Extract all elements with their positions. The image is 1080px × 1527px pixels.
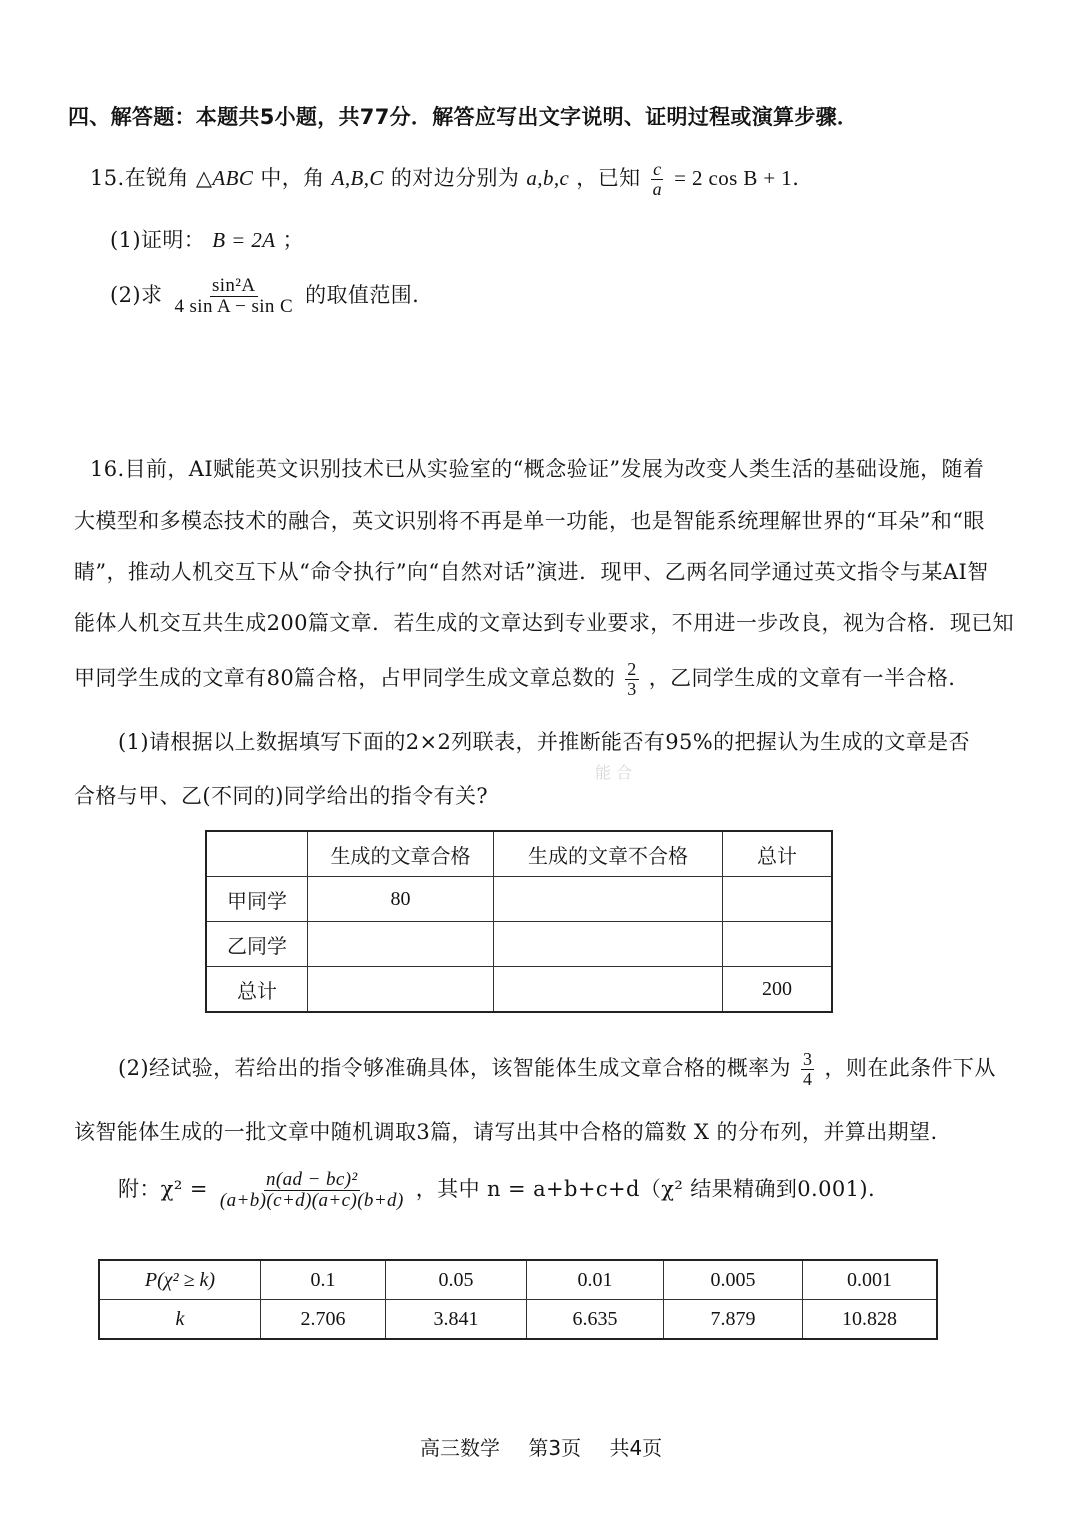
table-cell: 7.879 (664, 1300, 803, 1340)
three-quarters-fraction: 3 4 (801, 1050, 814, 1089)
row-label: P(χ² ≥ k) (99, 1260, 261, 1300)
q16-part1-line1: (1)请根据以上数据填写下面的2×2列联表，并推断能否有95%的把握认为生成的文… (118, 726, 970, 756)
table-header: 总计 (723, 831, 833, 877)
table-cell: 10.828 (803, 1300, 938, 1340)
contingency-table: 生成的文章合格 生成的文章不合格 总计 甲同学 80 乙同学 总计 200 (205, 830, 833, 1013)
table-header: 生成的文章不合格 (494, 831, 723, 877)
table-cell (494, 877, 723, 922)
row-label: 乙同学 (206, 922, 308, 967)
two-thirds-fraction: 2 3 (625, 660, 638, 699)
table-row: 总计 200 (206, 967, 832, 1013)
table-cell: 6.635 (527, 1300, 664, 1340)
table-cell: 0.005 (664, 1260, 803, 1300)
q16-part2-line1: (2)经试验，若给出的指令够准确具体，该智能体生成文章合格的概率为 3 4 ，则… (118, 1050, 996, 1089)
table-cell (206, 831, 308, 877)
faint-bleed-mark: 能 合 (595, 760, 632, 783)
table-cell: 200 (723, 967, 833, 1013)
q16-part2-line2: 该智能体生成的一批文章中随机调取3篇，请写出其中合格的篇数 X 的分布列，并算出… (74, 1116, 938, 1146)
table-row: P(χ² ≥ k) 0.1 0.05 0.01 0.005 0.001 (99, 1260, 937, 1300)
table-row: k 2.706 3.841 6.635 7.879 10.828 (99, 1300, 937, 1340)
q15-part2: (2)求 sin²A 4 sin A − sin C 的取值范围. (110, 276, 419, 317)
q16-part1-line2: 合格与甲、乙(不同的)同学给出的指令有关? (74, 780, 488, 810)
q16-line-3: 睛”，推动人机交互下从“命令执行”向“自然对话”演进．现甲、乙两名同学通过英文指… (74, 556, 989, 586)
table-cell (308, 967, 494, 1013)
table-row: 乙同学 (206, 922, 832, 967)
section-title: 四、解答题：本题共5小题，共77分．解答应写出文字说明、证明过程或演算步骤． (68, 101, 858, 131)
row-label: k (99, 1300, 261, 1340)
q16-line-5: 甲同学生成的文章有80篇合格，占甲同学生成文章总数的 2 3 ，乙同学生成的文章… (74, 660, 955, 699)
row-label: 甲同学 (206, 877, 308, 922)
table-cell (723, 922, 833, 967)
page-footer: 高三数学 第3页 共4页 (420, 1432, 684, 1461)
table-cell (723, 877, 833, 922)
table-cell: 0.001 (803, 1260, 938, 1300)
footer-total: 共4页 (609, 1436, 662, 1460)
table-cell: 0.1 (261, 1260, 386, 1300)
chi-square-formula: 附：χ² = n(ad − bc)² (a+b)(c+d)(a+c)(b+d) … (118, 1170, 875, 1211)
q15-stem: 15.在锐角 △ABC 中，角 A,B,C 的对边分别为 a,b,c ，已知 c… (90, 160, 799, 199)
table-cell (494, 922, 723, 967)
q16-line-1: 16.目前，AI赋能英文识别技术已从实验室的“概念验证”发展为改变人类生活的基础… (90, 453, 984, 483)
table-cell: 0.05 (386, 1260, 527, 1300)
table-cell: 3.841 (386, 1300, 527, 1340)
chi-square-fraction: n(ad − bc)² (a+b)(c+d)(a+c)(b+d) (218, 1170, 406, 1211)
table-header: 生成的文章合格 (308, 831, 494, 877)
row-label: 总计 (206, 967, 308, 1013)
table-cell (494, 967, 723, 1013)
table-row: 甲同学 80 (206, 877, 832, 922)
critical-value-table: P(χ² ≥ k) 0.1 0.05 0.01 0.005 0.001 k 2.… (98, 1259, 938, 1340)
table-row: 生成的文章合格 生成的文章不合格 总计 (206, 831, 832, 877)
sin-ratio-fraction: sin²A 4 sin A − sin C (172, 276, 295, 317)
table-cell (308, 922, 494, 967)
c-over-a-fraction: c a (651, 160, 664, 199)
q15-part1: (1)证明： B = 2A ； (110, 224, 304, 254)
q16-line-4: 能体人机交互共生成200篇文章．若生成的文章达到专业要求，不用进一步改良，视为合… (74, 607, 1014, 637)
table-cell: 2.706 (261, 1300, 386, 1340)
q16-line-2: 大模型和多模态技术的融合，英文识别将不再是单一功能，也是智能系统理解世界的“耳朵… (74, 505, 985, 535)
footer-page: 第3页 (528, 1436, 581, 1460)
table-cell: 0.01 (527, 1260, 664, 1300)
footer-subject: 高三数学 (420, 1436, 500, 1460)
table-cell: 80 (308, 877, 494, 922)
